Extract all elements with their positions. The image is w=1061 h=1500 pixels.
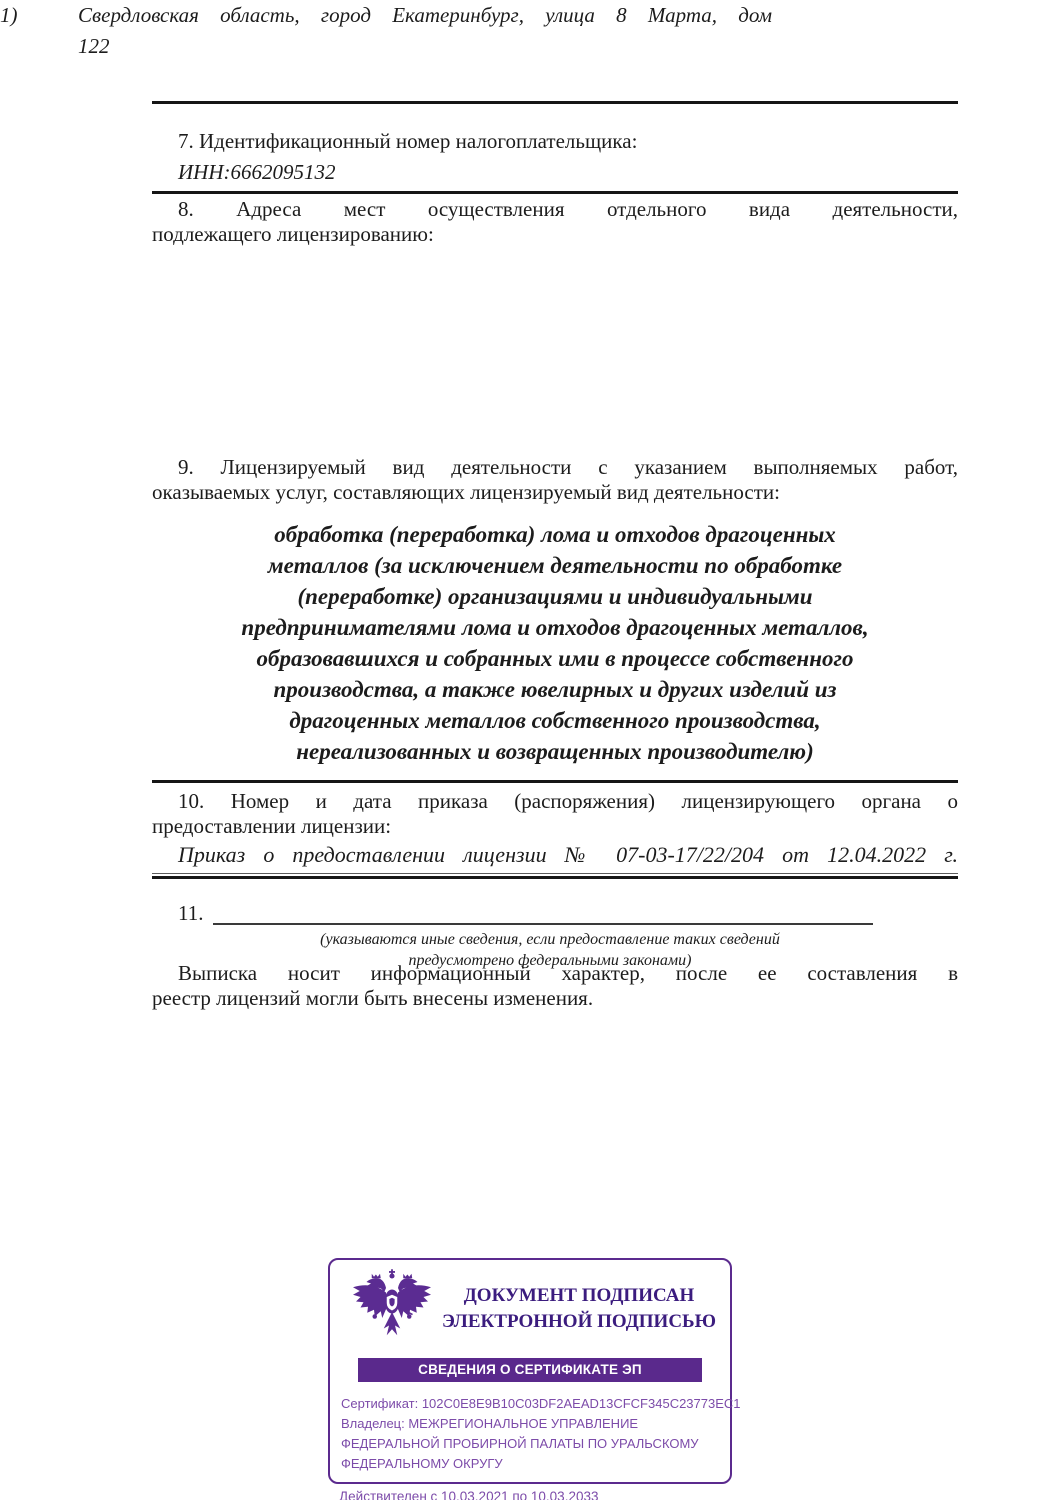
certificate-details: Сертификат: 102C0E8E9B10C03DF2AEAD13CFCF… bbox=[339, 1394, 721, 1474]
activity-description: обработка (переработка) лома и отходов д… bbox=[152, 519, 958, 767]
informational-note: Выписка носит информационный характер, п… bbox=[152, 961, 958, 1011]
activity-line: производства, а также ювелирных и других… bbox=[152, 674, 958, 705]
activity-line: нереализованных и возвращенных производи… bbox=[152, 736, 958, 767]
license-extract-page: 7. Идентификационный номер налогоплатель… bbox=[0, 0, 1061, 1500]
address-item-1: 1) Свердловская область, город Екатеринб… bbox=[0, 0, 772, 62]
item-10-order-info: 10. Номер и дата приказа (распоряжения) … bbox=[152, 789, 958, 839]
stamp-title-line-1: ДОКУМЕНТ ПОДПИСАН bbox=[437, 1283, 721, 1309]
divider-under-inn bbox=[152, 191, 958, 194]
stamp-box: ДОКУМЕНТ ПОДПИСАН ЭЛЕКТРОННОЙ ПОДПИСЬЮ С… bbox=[328, 1258, 732, 1484]
activity-line: (переработке) организациями и индивидуал… bbox=[152, 581, 958, 612]
activity-line: предпринимателями лома и отходов драгоце… bbox=[152, 612, 958, 643]
item-7-label: 7. Идентификационный номер налогоплатель… bbox=[152, 129, 958, 154]
item-9-line-2: оказываемых услуг, составляющих лицензир… bbox=[152, 480, 958, 505]
divider-under-order bbox=[152, 876, 958, 879]
activity-line: обработка (переработка) лома и отходов д… bbox=[152, 519, 958, 550]
activity-line: драгоценных металлов собственного произв… bbox=[152, 705, 958, 736]
item-9-line-1: 9. Лицензируемый вид деятельности с указ… bbox=[152, 455, 958, 480]
item-9-licensed-activity: 9. Лицензируемый вид деятельности с указ… bbox=[152, 455, 958, 505]
address-line-1: Свердловская область, город Екатеринбург… bbox=[78, 0, 772, 31]
note-line-1: Выписка носит информационный характер, п… bbox=[152, 961, 958, 986]
stamp-title: ДОКУМЕНТ ПОДПИСАН ЭЛЕКТРОННОЙ ПОДПИСЬЮ bbox=[437, 1283, 721, 1335]
address-line-2: 122 bbox=[78, 31, 772, 62]
item-11-other-info: 11. bbox=[152, 901, 958, 925]
item-11-number: 11. bbox=[178, 901, 203, 925]
stamp-header: ДОКУМЕНТ ПОДПИСАН ЭЛЕКТРОННОЙ ПОДПИСЬЮ bbox=[339, 1268, 721, 1349]
activity-line: металлов (за исключением деятельности по… bbox=[152, 550, 958, 581]
divider-above-item-10 bbox=[152, 780, 958, 783]
double-headed-eagle-icon bbox=[347, 1268, 437, 1349]
inn-value: ИНН:6662095132 bbox=[152, 160, 958, 193]
certificate-info-bar: СВЕДЕНИЯ О СЕРТИФИКАТЕ ЭП bbox=[358, 1358, 702, 1382]
electronic-signature-stamp: ДОКУМЕНТ ПОДПИСАН ЭЛЕКТРОННОЙ ПОДПИСЬЮ С… bbox=[328, 1258, 732, 1500]
stamp-title-line-2: ЭЛЕКТРОННОЙ ПОДПИСЬЮ bbox=[437, 1309, 721, 1335]
item-10-line-2: предоставлении лицензии: bbox=[152, 814, 958, 839]
top-divider bbox=[152, 101, 958, 104]
item-11-hint-line-1: (указываются иные сведения, если предост… bbox=[240, 929, 860, 950]
activity-line: образовавшихся и собранных ими в процесс… bbox=[152, 643, 958, 674]
item-8-addresses: 8. Адреса мест осуществления отдельного … bbox=[152, 197, 958, 247]
item-10-line-1: 10. Номер и дата приказа (распоряжения) … bbox=[152, 789, 958, 814]
note-line-2: реестр лицензий могли быть внесены измен… bbox=[152, 986, 958, 1011]
item-8-line-2: подлежащего лицензированию: bbox=[152, 222, 958, 247]
order-value: Приказ о предоставлении лицензии № 07-03… bbox=[152, 843, 958, 874]
certificate-validity: Действителен с 10.03.2021 по 10.03.2033 bbox=[339, 1489, 732, 1500]
address-item-text: Свердловская область, город Екатеринбург… bbox=[78, 0, 772, 62]
certificate-owner: Владелец: МЕЖРЕГИОНАЛЬНОЕ УПРАВЛЕНИЕ ФЕД… bbox=[341, 1414, 719, 1474]
item-7-taxpayer-number: 7. Идентификационный номер налогоплатель… bbox=[152, 129, 958, 154]
address-item-number: 1) bbox=[0, 0, 78, 62]
item-11-blank-field bbox=[213, 901, 873, 925]
certificate-number: Сертификат: 102C0E8E9B10C03DF2AEAD13CFCF… bbox=[341, 1394, 719, 1414]
item-8-line-1: 8. Адреса мест осуществления отдельного … bbox=[152, 197, 958, 222]
